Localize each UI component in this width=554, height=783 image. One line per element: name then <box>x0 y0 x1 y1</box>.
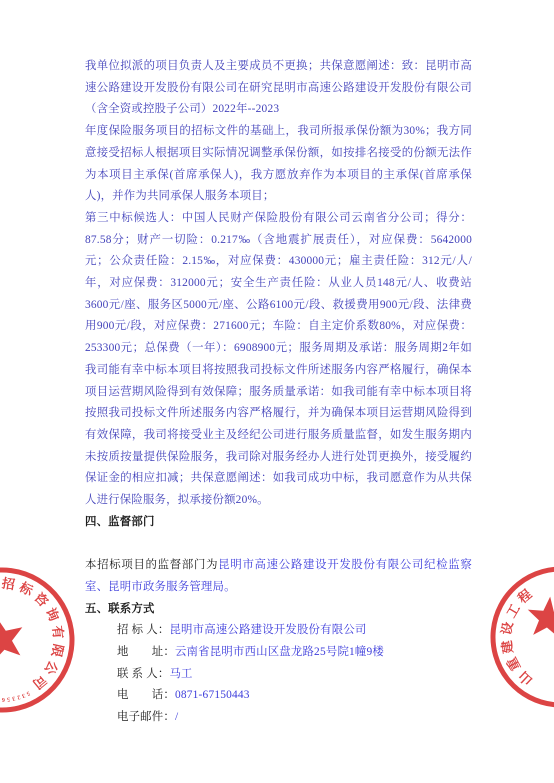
svg-text:招标咨询有限公司: 招标咨询有限公司 <box>0 564 79 697</box>
right-seal-stamp: 山重建设工程 <box>479 555 554 720</box>
contact-value: 0871-67150443 <box>175 689 250 701</box>
contact-value: / <box>175 711 178 723</box>
contact-label: 电 话： <box>117 689 175 701</box>
section-heading-supervision: 四、监督部门 <box>85 512 472 534</box>
seal-star-icon <box>0 611 29 664</box>
body-paragraph-3: 第三中标候选人：中国人民财产保险股份有限公司云南省分公司；得分：87.58分；财… <box>85 208 472 512</box>
contact-row-person: 联 系 人：马工 <box>85 664 472 686</box>
seal-star-icon <box>525 594 554 638</box>
body-paragraph-2: 年度保险服务项目的招标文件的基础上，我司所报承保份额为30%；我方同意接受招标人… <box>85 121 472 208</box>
contact-label: 联 系 人： <box>117 668 169 680</box>
contact-row-address: 地 址：云南省昆明市西山区盘龙路25号院1幢9楼 <box>85 642 472 664</box>
contact-label: 地 址： <box>117 646 175 658</box>
contact-row-email: 电子邮件：/ <box>85 707 472 729</box>
svg-text:山重建设工程: 山重建设工程 <box>493 581 545 689</box>
contact-label: 电子邮件： <box>117 711 175 723</box>
contact-value: 马工 <box>169 668 192 680</box>
seal-ring <box>0 555 87 725</box>
seal-arc-text: 招标咨询有限公司 <box>0 564 79 697</box>
seal-arc-text: 山重建设工程 <box>493 581 545 689</box>
contact-label: 招 标 人： <box>117 624 169 636</box>
document-page: 我单位拟派的项目负责人及主要成员不更换；共保意愿阐述：致：昆明市高速公路建设开发… <box>0 0 554 783</box>
svg-text:5323564: 5323564 <box>0 687 31 705</box>
contact-value: 昆明市高速公路建设开发股份有限公司 <box>169 624 366 636</box>
contact-value: 云南省昆明市西山区盘龙路25号院1幢9楼 <box>175 646 384 658</box>
section-heading-contact: 五、联系方式 <box>85 599 472 621</box>
document-body: 我单位拟派的项目负责人及主要成员不更换；共保意愿阐述：致：昆明市高速公路建设开发… <box>85 56 472 729</box>
seal-serial-digits: 5323564 <box>0 687 31 705</box>
contact-row-bidder: 招 标 人：昆明市高速公路建设开发股份有限公司 <box>85 620 472 642</box>
contact-row-phone: 电 话：0871-67150443 <box>85 685 472 707</box>
supervision-paragraph: 本招标项目的监督部门为昆明市高速公路建设开发股份有限公司纪检监察室、昆明市政务服… <box>85 555 472 598</box>
seal-ring <box>486 562 554 711</box>
supervision-intro: 本招标项目的监督部门为 <box>85 559 218 571</box>
body-paragraph-1: 我单位拟派的项目负责人及主要成员不更换；共保意愿阐述：致：昆明市高速公路建设开发… <box>85 56 472 121</box>
